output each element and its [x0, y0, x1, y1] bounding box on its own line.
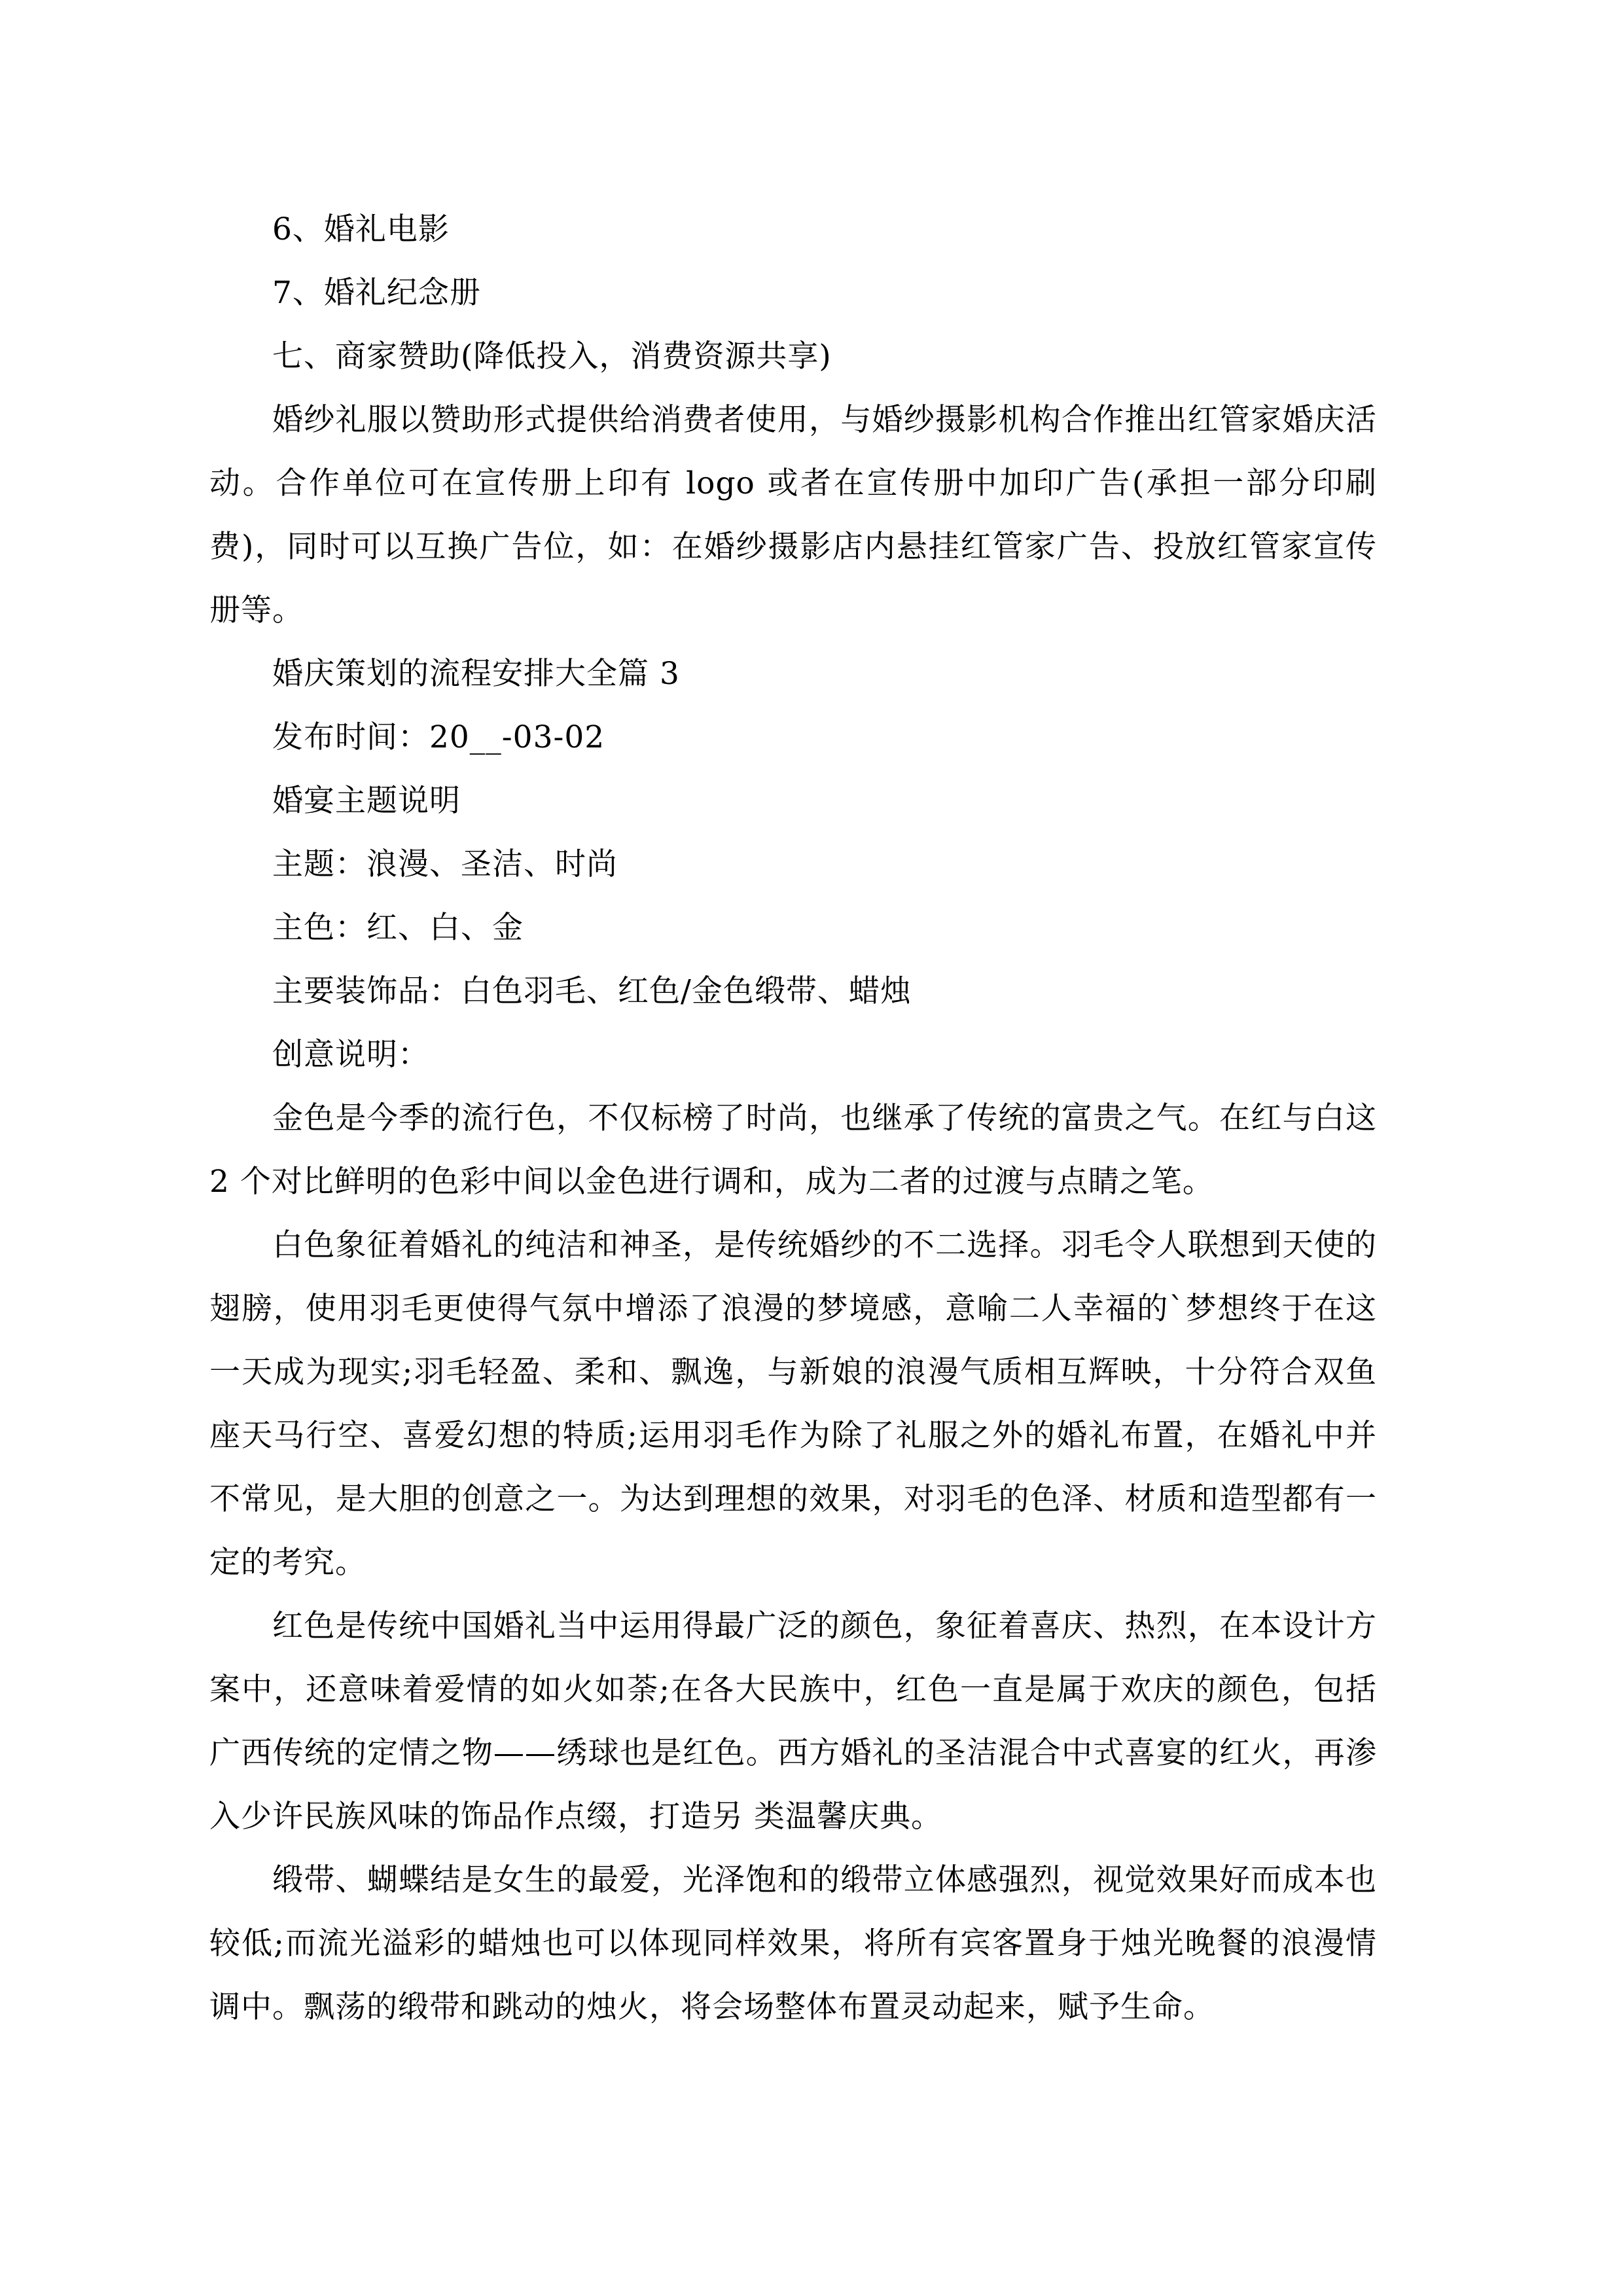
article-title: 婚庆策划的流程安排大全篇 3 — [209, 642, 1377, 706]
creative-heading: 创意说明： — [209, 1023, 1377, 1086]
decorations-line: 主要装饰品：白色羽毛、红色/金色缎带、蜡烛 — [209, 960, 1377, 1023]
theme-line: 主题：浪漫、圣洁、时尚 — [209, 833, 1377, 896]
paragraph-ribbons-candles: 缎带、蝴蝶结是女生的最爱，光泽饱和的缎带立体感强烈，视觉效果好而成本也较低;而流… — [209, 1848, 1377, 2039]
list-item-wedding-film: 6、婚礼电影 — [209, 198, 1377, 261]
main-colors-line: 主色：红、白、金 — [209, 896, 1377, 960]
paragraph-gold: 金色是今季的流行色，不仅标榜了时尚，也继承了传统的富贵之气。在红与白这 2 个对… — [209, 1086, 1377, 1213]
theme-heading: 婚宴主题说明 — [209, 769, 1377, 833]
paragraph-sponsorship: 婚纱礼服以赞助形式提供给消费者使用，与婚纱摄影机构合作推出红管家婚庆活动。合作单… — [209, 388, 1377, 642]
paragraph-red: 红色是传统中国婚礼当中运用得最广泛的颜色，象征着喜庆、热烈，在本设计方案中，还意… — [209, 1594, 1377, 1848]
section-heading-sponsorship: 七、商家赞助(降低投入，消费资源共享) — [209, 325, 1377, 388]
list-item-wedding-album: 7、婚礼纪念册 — [209, 261, 1377, 325]
document-page: 6、婚礼电影 7、婚礼纪念册 七、商家赞助(降低投入，消费资源共享) 婚纱礼服以… — [209, 198, 1377, 2039]
paragraph-white-feathers: 白色象征着婚礼的纯洁和神圣，是传统婚纱的不二选择。羽毛令人联想到天使的翅膀，使用… — [209, 1213, 1377, 1594]
publish-time: 发布时间：20__-03-02 — [209, 706, 1377, 769]
